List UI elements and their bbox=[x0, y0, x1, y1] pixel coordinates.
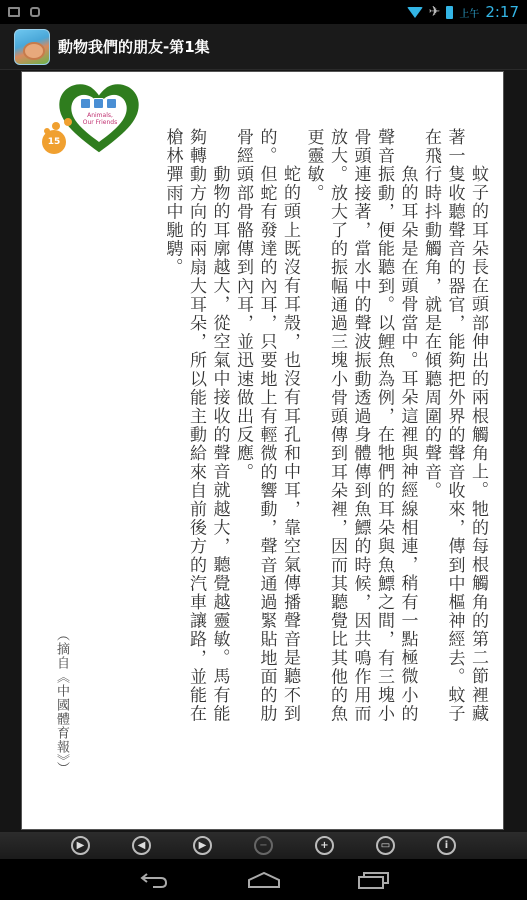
paw-print-icon bbox=[64, 118, 72, 126]
text-column: 動物的耳廓越大，從空氣中接收的聲音就越大，聽覺越靈敏。馬有能 bbox=[207, 128, 231, 818]
text-column: 夠轉動方向的兩扇大耳朵，所以能主動給來自前後方的汽車讓路，並能在 bbox=[184, 128, 208, 818]
text-column: 蚊子的耳朵長在頭部伸出的兩根觸角上。牠的每根觸角的第二節裡藏 bbox=[466, 128, 490, 818]
logo-title-blocks bbox=[80, 98, 117, 109]
status-bar: ✈ 上午 2:17 bbox=[0, 0, 527, 24]
previous-page-button[interactable]: ◀ bbox=[132, 836, 151, 855]
home-button[interactable] bbox=[244, 866, 284, 894]
logo-subtitle-line1: Animals, bbox=[78, 112, 122, 119]
info-icon: i bbox=[445, 841, 448, 851]
wifi-icon bbox=[407, 7, 423, 18]
text-column: 骨頭連接著，當水中的聲波振動透過身體傳到魚鰾的時候，因共鳴作用而 bbox=[348, 128, 372, 818]
system-nav-bar bbox=[0, 859, 527, 900]
logo-subtitle-line2: Our Friends bbox=[78, 119, 122, 126]
page-layout-button[interactable]: ▭ bbox=[376, 836, 395, 855]
minus-icon: − bbox=[259, 841, 267, 851]
text-column: 著一隻收聽聲音的器官，能夠把外界的聲音收來，傳到中樞神經去。蚊子 bbox=[442, 128, 466, 818]
action-bar: 動物我們的朋友-第1集 bbox=[0, 24, 527, 70]
camera-notification-icon bbox=[30, 7, 40, 17]
text-column: 魚的耳朵是在頭骨當中。耳朵這裡與神經線相連，稍有一點極微小的 bbox=[395, 128, 419, 818]
text-column: 在飛行時抖動觸角，就是在傾聽周圍的聲音。 bbox=[419, 128, 443, 818]
text-column: 聲音振動，便能聽到。以鯉魚為例，在牠們的耳朵與魚鰾之間，有三塊小 bbox=[372, 128, 396, 818]
arrow-left-icon: ◀ bbox=[138, 841, 146, 851]
system-icons: ✈ 上午 2:17 bbox=[407, 3, 519, 21]
reader-toolbar: ▶ ◀ ▶ − + ▭ i bbox=[0, 832, 527, 859]
play-button[interactable]: ▶ bbox=[71, 836, 90, 855]
airplane-mode-icon: ✈ bbox=[429, 4, 441, 20]
clock-time: 2:17 bbox=[485, 3, 519, 21]
back-button[interactable] bbox=[134, 866, 174, 894]
text-column: 放大。放大了的振幅通過三塊小骨頭傳到耳朵裡，因而其聽覺比其他的魚 bbox=[325, 128, 349, 818]
recent-apps-icon bbox=[357, 870, 391, 890]
vertical-text-body: 蚊子的耳朵長在頭部伸出的兩根觸角上。牠的每根觸角的第二節裡藏 著一隻收聽聲音的器… bbox=[160, 128, 489, 818]
back-arrow-icon bbox=[139, 871, 169, 889]
battery-icon bbox=[446, 6, 453, 19]
notification-icons bbox=[8, 7, 40, 17]
home-icon bbox=[247, 871, 281, 889]
text-column: 骨經頭部骨骼傳到內耳，並迅速做出反應。 bbox=[231, 128, 255, 818]
page-number-badge: 15 bbox=[42, 130, 66, 154]
app-title: 動物我們的朋友-第1集 bbox=[58, 36, 210, 57]
zoom-in-button[interactable]: + bbox=[315, 836, 334, 855]
reader-viewport[interactable]: Animals, Our Friends 15 蚊子的耳朵長在頭部伸出的兩根觸角… bbox=[0, 70, 527, 832]
source-citation: （摘自《中國體育報》） bbox=[52, 628, 71, 776]
app-icon[interactable] bbox=[14, 29, 50, 65]
zoom-out-button[interactable]: − bbox=[254, 836, 273, 855]
info-button[interactable]: i bbox=[437, 836, 456, 855]
series-logo: Animals, Our Friends 15 bbox=[42, 78, 147, 158]
text-column: 更靈敏。 bbox=[301, 128, 325, 818]
plus-icon: + bbox=[320, 841, 328, 851]
logo-subtitle: Animals, Our Friends bbox=[78, 112, 122, 126]
arrow-right-icon: ▶ bbox=[199, 841, 207, 851]
text-column: 蛇的頭上既沒有耳殼，也沒有耳孔和中耳，靠空氣傳播聲音是聽不到 bbox=[278, 128, 302, 818]
clock-ampm: 上午 bbox=[459, 5, 479, 20]
play-icon: ▶ bbox=[77, 841, 85, 851]
text-column: 槍林彈雨中馳騁。 bbox=[160, 128, 184, 818]
recent-apps-button[interactable] bbox=[354, 866, 394, 894]
paw-print-icon bbox=[52, 122, 60, 130]
book-page[interactable]: Animals, Our Friends 15 蚊子的耳朵長在頭部伸出的兩根觸角… bbox=[22, 72, 503, 829]
gallery-notification-icon bbox=[8, 7, 20, 17]
next-page-button[interactable]: ▶ bbox=[193, 836, 212, 855]
two-page-icon: ▭ bbox=[381, 841, 390, 851]
text-column: 的。但蛇有發達的內耳，只要地上有輕微的響動，聲音通過緊貼地面的肋 bbox=[254, 128, 278, 818]
